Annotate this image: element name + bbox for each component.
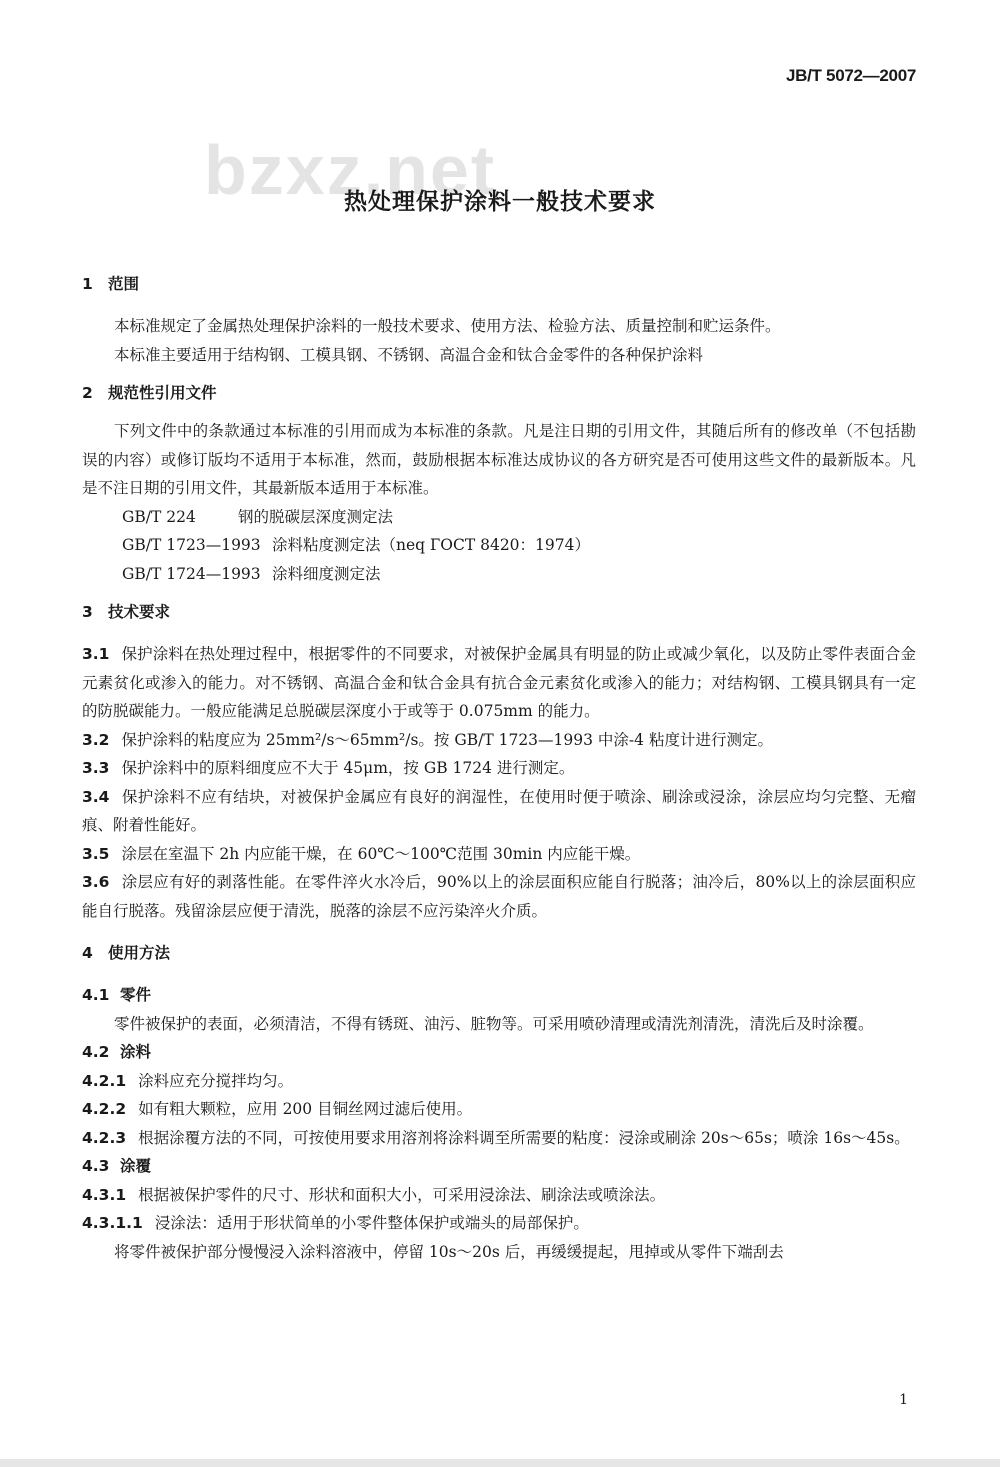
parts-paragraph: 零件被保护的表面，必须清洁，不得有锈斑、油污、脏物等。可采用喷砂清理或清洗剂清洗… bbox=[82, 1010, 916, 1039]
section-heading-scope: 1范围 bbox=[82, 270, 916, 298]
page-edge bbox=[0, 1459, 1000, 1467]
reference-item: GB/T 1723—1993涂料粘度测定法（neq ГОСТ 8420：1974… bbox=[82, 531, 916, 560]
section-heading-normative-references: 2规范性引用文件 bbox=[82, 379, 916, 407]
clause-4-2-3: 4.2.3根据涂覆方法的不同，可按使用要求用溶剂将涂料调至所需要的粘度：浸涂或刷… bbox=[82, 1124, 916, 1153]
clause-3-5: 3.5涂层在室温下 2h 内应能干燥，在 60℃～100℃范围 30min 内应… bbox=[82, 840, 916, 869]
subsection-heading-parts: 4.1零件 bbox=[82, 981, 916, 1010]
clause-3-3: 3.3保护涂料中的原料细度应不大于 45μm，按 GB 1724 进行测定。 bbox=[82, 754, 916, 783]
clause-4-2-1: 4.2.1涂料应充分搅拌均匀。 bbox=[82, 1067, 916, 1096]
subsection-heading-coating: 4.2涂料 bbox=[82, 1038, 916, 1067]
document-title: 热处理保护涂料一般技术要求 bbox=[0, 183, 1000, 216]
clause-3-6: 3.6涂层应有好的剥落性能。在零件淬火水冷后，90%以上的涂层面积应能自行脱落；… bbox=[82, 868, 916, 925]
scope-paragraph: 本标准规定了金属热处理保护涂料的一般技术要求、使用方法、检验方法、质量控制和贮运… bbox=[82, 312, 916, 341]
clause-3-2: 3.2保护涂料的粘度应为 25mm²/s～65mm²/s。按 GB/T 1723… bbox=[82, 726, 916, 755]
reference-item: GB/T 1724—1993涂料细度测定法 bbox=[82, 560, 916, 589]
subsection-heading-application: 4.3涂覆 bbox=[82, 1152, 916, 1181]
section-heading-usage-method: 4使用方法 bbox=[82, 939, 916, 967]
dip-coating-paragraph: 将零件被保护部分慢慢浸入涂料溶液中，停留 10s～20s 后，再缓缓提起，甩掉或… bbox=[82, 1238, 916, 1267]
page-number: 1 bbox=[899, 1392, 908, 1408]
clause-4-3-1-1: 4.3.1.1浸涂法：适用于形状简单的小零件整体保护或端头的局部保护。 bbox=[82, 1209, 916, 1238]
references-intro: 下列文件中的条款通过本标准的引用而成为本标准的条款。凡是注日期的引用文件，其随后… bbox=[82, 417, 916, 503]
standard-number: JB/T 5072—2007 bbox=[786, 66, 916, 86]
document-body: 1范围 本标准规定了金属热处理保护涂料的一般技术要求、使用方法、检验方法、质量控… bbox=[82, 270, 916, 1266]
reference-item: GB/T 224钢的脱碳层深度测定法 bbox=[82, 503, 916, 532]
scope-paragraph: 本标准主要适用于结构钢、工模具钢、不锈钢、高温合金和钛合金零件的各种保护涂料 bbox=[82, 341, 916, 370]
clause-4-2-2: 4.2.2如有粗大颗粒，应用 200 目铜丝网过滤后使用。 bbox=[82, 1095, 916, 1124]
clause-3-1: 3.1保护涂料在热处理过程中，根据零件的不同要求，对被保护金属具有明显的防止或减… bbox=[82, 640, 916, 726]
clause-3-4: 3.4保护涂料不应有结块，对被保护金属应有良好的润湿性，在使用时便于喷涂、刷涂或… bbox=[82, 783, 916, 840]
clause-4-3-1: 4.3.1根据被保护零件的尺寸、形状和面积大小，可采用浸涂法、刷涂法或喷涂法。 bbox=[82, 1181, 916, 1210]
section-heading-technical-requirements: 3技术要求 bbox=[82, 598, 916, 626]
